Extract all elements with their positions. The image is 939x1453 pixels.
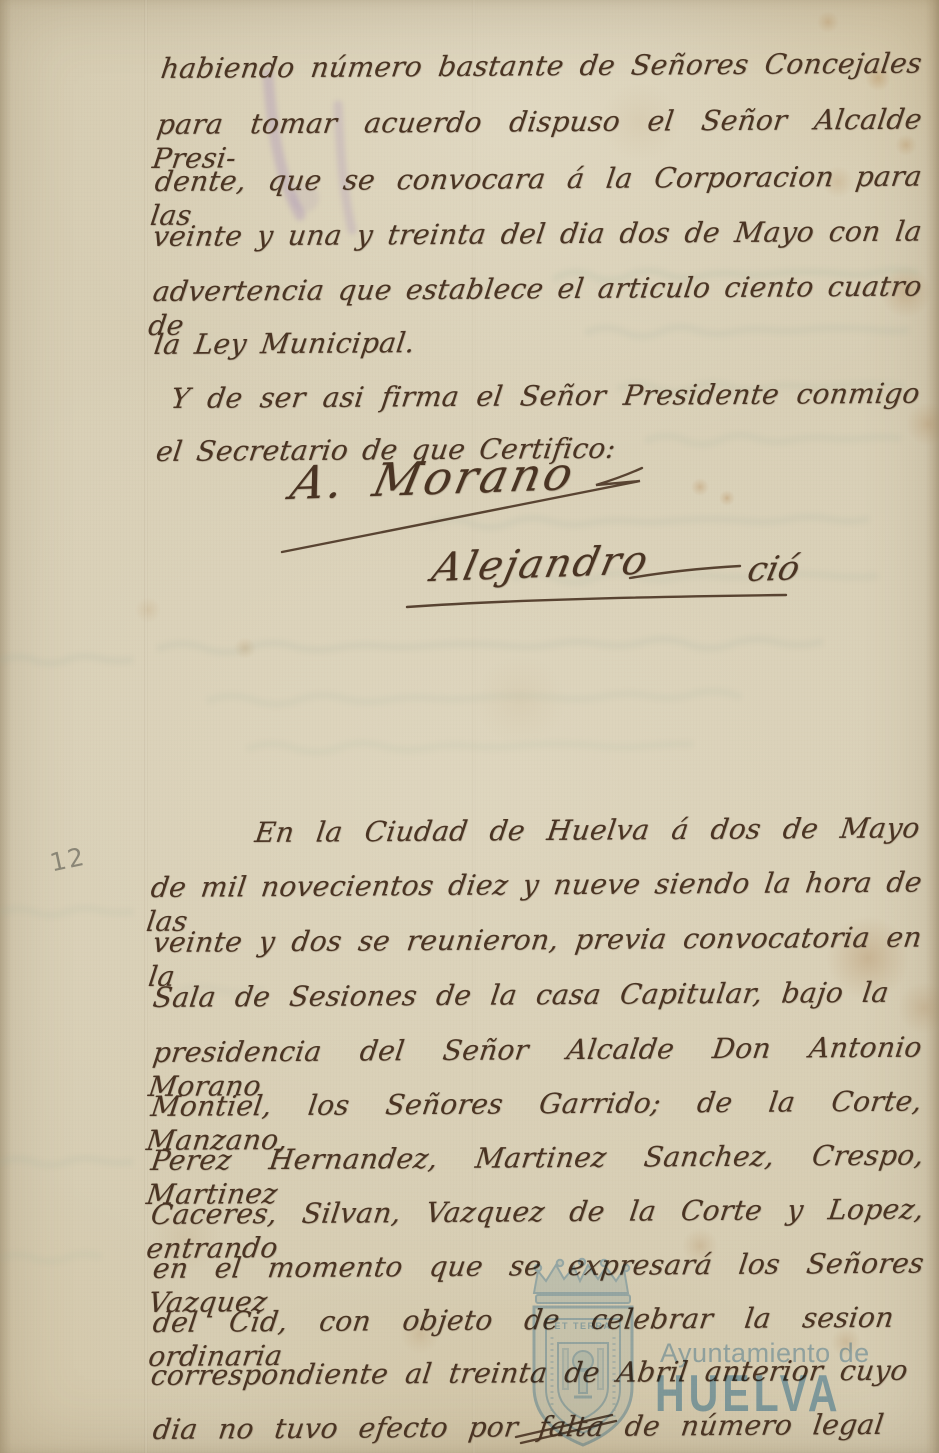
manuscript-line: presidencia del Señor Alcalde Don Antoni… — [150, 1031, 924, 1076]
huelva-crest-icon: ET TERRA — [522, 1257, 644, 1453]
signature-alcalde: A. Morano — [286, 446, 581, 510]
manuscript-page: habiendo número bastante de Señores Conc… — [0, 0, 939, 1453]
page-edge-right — [925, 0, 939, 1453]
manuscript-line: para tomar acuerdo dispuso el Señor Alca… — [154, 103, 924, 148]
watermark-city-label: HUELVA — [655, 1364, 842, 1424]
page-edge-left — [0, 0, 12, 1453]
manuscript-line: de mil novecientos diez y nueve siendo l… — [148, 866, 924, 911]
signature-secretario: Alejandro — [428, 538, 654, 591]
manuscript-line: Sala de Sesiones de la casa Capitular, b… — [150, 976, 891, 1021]
manuscript-line: Caceres, Silvan, Vazquez de la Corte y L… — [148, 1193, 926, 1238]
manuscript-line: habiendo número bastante de Señores Conc… — [158, 47, 924, 92]
manuscript-line: advertencia que establece el articulo ci… — [150, 270, 924, 315]
manuscript-line: Montiel, los Señores Garrido; de la Cort… — [148, 1085, 924, 1130]
manuscript-line: veinte y dos se reunieron, previa convoc… — [150, 921, 924, 966]
manuscript-line: la Ley Municipal. — [152, 326, 417, 361]
manuscript-line: dente, que se convocara á la Corporacion… — [152, 160, 924, 205]
manuscript-line: En la Ciudad de Huelva á dos de Mayo — [252, 811, 922, 856]
pencil-page-number: 12 — [47, 842, 88, 878]
crest-motto: ET TERRA — [555, 1321, 612, 1331]
manuscript-line: Perez Hernandez, Martinez Sanchez, Cresp… — [148, 1139, 926, 1184]
signature-secretario-rubric: ció — [744, 548, 803, 590]
manuscript-line: veinte y una y treinta del dia dos de Ma… — [150, 215, 924, 260]
manuscript-line: Y de ser asi firma el Señor Presidente c… — [168, 377, 922, 422]
